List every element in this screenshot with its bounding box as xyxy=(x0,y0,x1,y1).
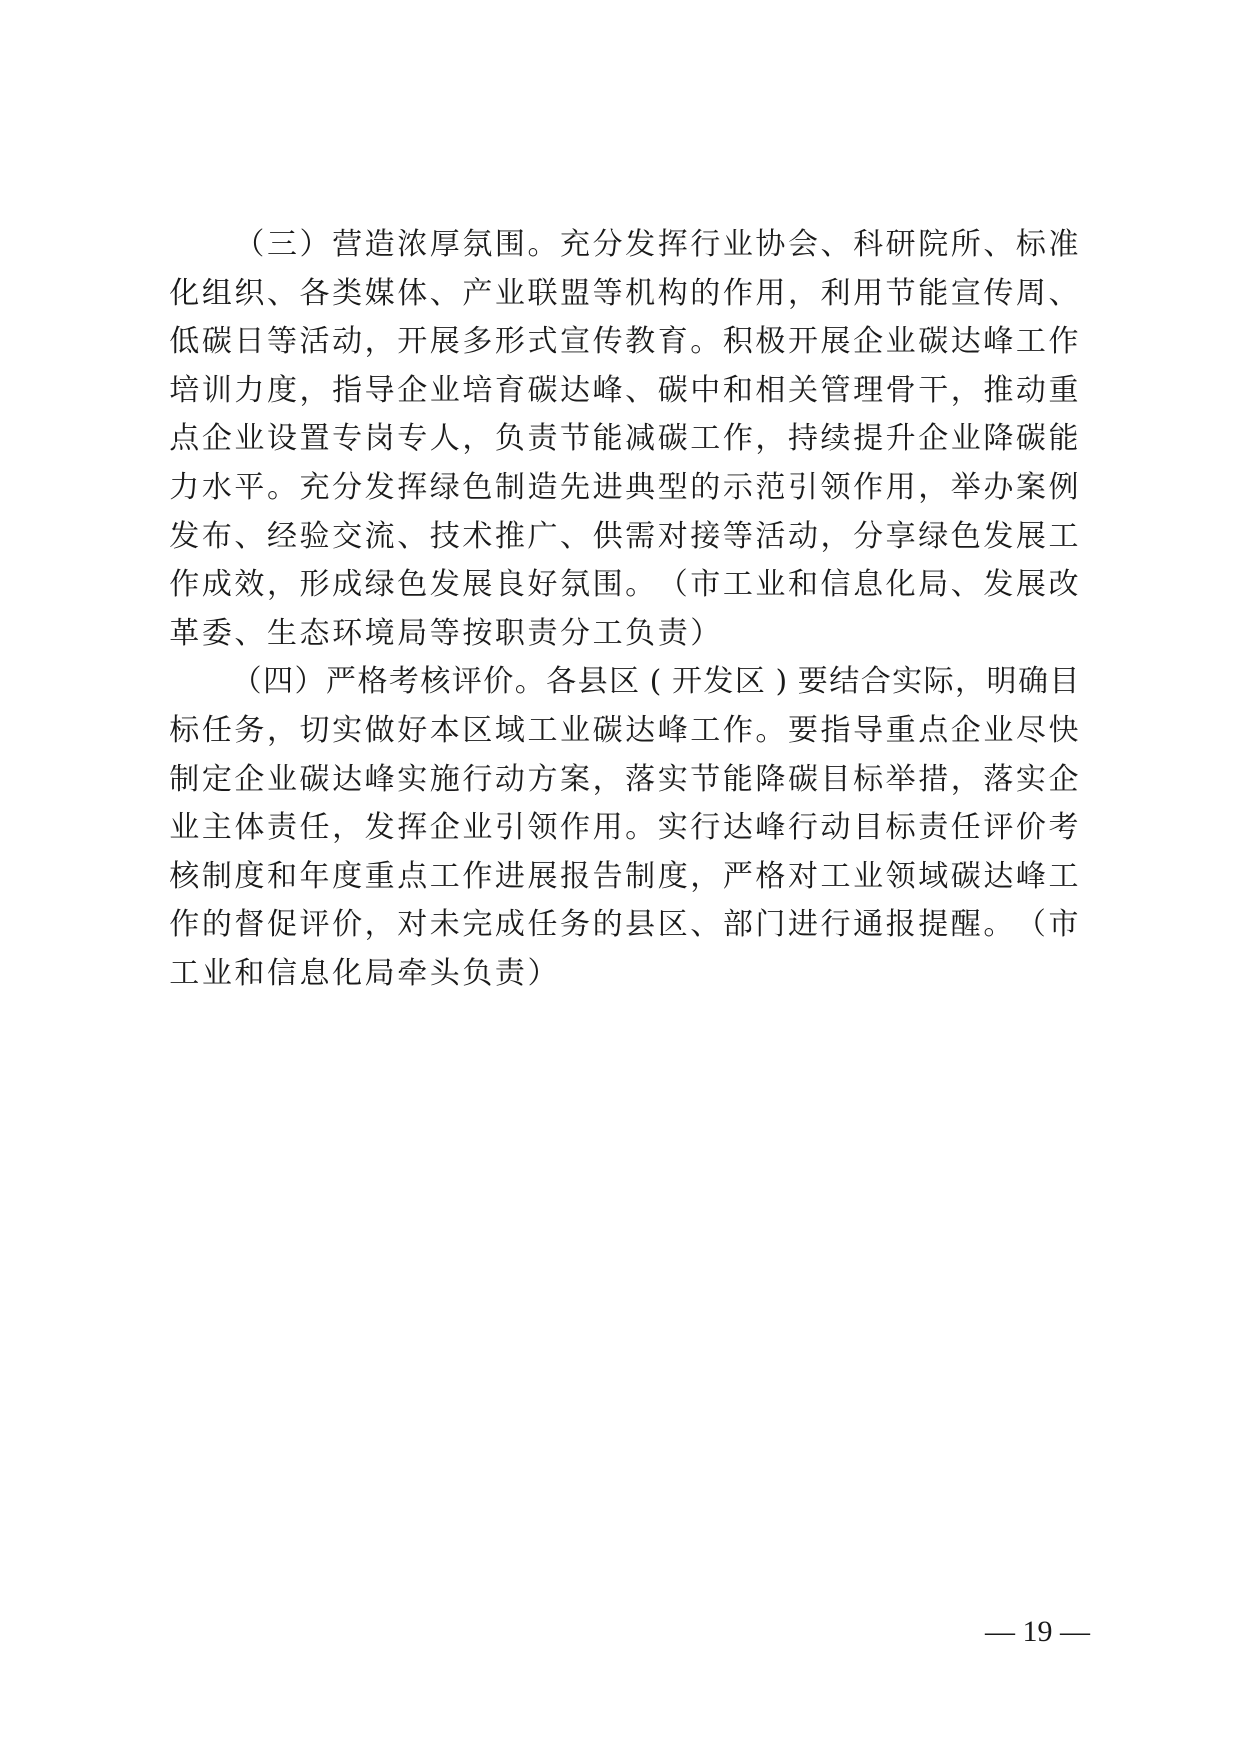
text-char: ， xyxy=(266,707,299,756)
text-char: 目 xyxy=(819,756,852,805)
text-char: 制 xyxy=(494,464,527,513)
text-char: 生 xyxy=(266,610,299,659)
text-char: 围 xyxy=(494,221,527,270)
text-char: 造 xyxy=(363,221,396,270)
text-char: 市 xyxy=(689,561,722,610)
text-char: 导 xyxy=(363,367,396,416)
text-char: 告 xyxy=(591,853,624,902)
text-char: 人 xyxy=(429,415,462,464)
text-char: 四 xyxy=(262,658,293,707)
text-char: 产 xyxy=(461,270,494,319)
text-char: 施 xyxy=(429,756,462,805)
text-char: 组 xyxy=(201,270,234,319)
text-char: 教 xyxy=(624,318,657,367)
text-char: 息 xyxy=(852,561,885,610)
text-char: 绿 xyxy=(363,561,396,610)
text-line: 革委、生态环境局等按职责分工负责） xyxy=(168,610,1080,659)
text-char: 负 xyxy=(461,950,494,999)
text-char: 升 xyxy=(884,415,917,464)
text-char: 。 xyxy=(624,561,657,610)
text-char: 绿 xyxy=(917,513,950,562)
text-char: 业 xyxy=(982,707,1015,756)
text-char: 峰 xyxy=(591,367,624,416)
text-char: 持 xyxy=(787,415,820,464)
text-char: 改 xyxy=(1047,561,1080,610)
text-char: 育 xyxy=(656,318,689,367)
text-char: 训 xyxy=(201,367,234,416)
text-char: 企 xyxy=(950,707,983,756)
text-char: 业 xyxy=(233,415,266,464)
text-char: 工 xyxy=(722,561,755,610)
text-char: 准 xyxy=(1047,221,1080,270)
text-char: 境 xyxy=(363,610,396,659)
text-line: 核制度和年度重点工作进展报告制度，严格对工业领域碳达峰工 xyxy=(168,853,1080,902)
text-char: 严 xyxy=(325,658,356,707)
text-char: 任 xyxy=(298,804,331,853)
text-char: 要 xyxy=(787,707,820,756)
text-char: 造 xyxy=(526,464,559,513)
text-char: 企 xyxy=(917,415,950,464)
text-char: ， xyxy=(917,464,950,513)
text-char: 。 xyxy=(624,804,657,853)
text-char: 区 xyxy=(656,901,689,950)
text-char: 布 xyxy=(201,513,234,562)
text-char: 浓 xyxy=(396,221,429,270)
text-char: 动 xyxy=(787,513,820,562)
text-char: 碳 xyxy=(1015,415,1048,464)
text-char: 行 xyxy=(787,804,820,853)
text-char: 达 xyxy=(331,756,364,805)
text-char: 工 xyxy=(1047,513,1080,562)
text-char: 企 xyxy=(429,804,462,853)
text-char: 快 xyxy=(1047,707,1080,756)
text-char: 和 xyxy=(787,561,820,610)
text-char xyxy=(201,221,234,270)
text-char: 围 xyxy=(591,561,624,610)
text-char: 氛 xyxy=(559,561,592,610)
text-char: 峰 xyxy=(1015,853,1048,902)
text-char: 发 xyxy=(624,221,657,270)
text-char: 、 xyxy=(559,513,592,562)
text-char: 峰 xyxy=(363,756,396,805)
text-char: 领 xyxy=(884,853,917,902)
text-char: ， xyxy=(787,270,820,319)
text-char: 域 xyxy=(917,853,950,902)
text-char: 切 xyxy=(298,707,331,756)
text-char: 技 xyxy=(429,513,462,562)
text-char: 年 xyxy=(298,853,331,902)
text-char: 重 xyxy=(884,707,917,756)
text-char: 工 xyxy=(819,853,852,902)
text-char: 区 xyxy=(461,707,494,756)
text-char: 平 xyxy=(233,464,266,513)
text-char: 体 xyxy=(396,270,429,319)
text-char: 和 xyxy=(722,367,755,416)
text-char: 效 xyxy=(233,561,266,610)
text-char: 会 xyxy=(787,221,820,270)
text-char: 工 xyxy=(168,950,201,999)
text-char: 责 xyxy=(266,804,299,853)
text-char: 主 xyxy=(201,804,234,853)
text-char: 业 xyxy=(494,270,527,319)
text-char: 责 xyxy=(656,610,689,659)
text-char: 作 xyxy=(168,561,201,610)
text-char: 碳 xyxy=(950,853,983,902)
text-char: 关 xyxy=(787,367,820,416)
text-char: 专 xyxy=(396,415,429,464)
text-char: 醒 xyxy=(950,901,983,950)
text-char: 提 xyxy=(852,415,885,464)
text-char: 减 xyxy=(624,415,657,464)
text-char: 际 xyxy=(923,658,954,707)
text-char: 作 xyxy=(1047,318,1080,367)
text-char: 实 xyxy=(656,804,689,853)
text-char: 动 xyxy=(494,756,527,805)
text-char: 交 xyxy=(331,513,364,562)
text-char: 达 xyxy=(559,367,592,416)
text-char: （ xyxy=(231,658,262,707)
text-char: 、 xyxy=(950,561,983,610)
text-char: 用 xyxy=(754,270,787,319)
text-char: 达 xyxy=(722,804,755,853)
text-char: ， xyxy=(954,658,985,707)
text-char: 碳 xyxy=(298,756,331,805)
text-char: 落 xyxy=(982,756,1015,805)
text-char: 评 xyxy=(982,804,1015,853)
text-char: 分 xyxy=(852,513,885,562)
text-char: 部 xyxy=(722,901,755,950)
text-line: 工业和信息化局牵头负责） xyxy=(168,950,1080,999)
text-char: 良 xyxy=(494,561,527,610)
text-char: 碳 xyxy=(917,318,950,367)
text-char: 作 xyxy=(168,901,201,950)
text-line: 化组织、各类媒体、产业联盟等机构的作用，利用节能宣传周、 xyxy=(168,270,1080,319)
text-char: 标 xyxy=(1015,221,1048,270)
text-char: 、 xyxy=(982,221,1015,270)
text-char: 引 xyxy=(787,464,820,513)
text-char: 行 xyxy=(689,221,722,270)
text-char: 业 xyxy=(461,804,494,853)
text-char: 经 xyxy=(266,513,299,562)
text-char: 企 xyxy=(1047,756,1080,805)
text-char: 碳 xyxy=(656,415,689,464)
text-char: ， xyxy=(754,415,787,464)
text-char: 业 xyxy=(429,367,462,416)
text-char: 机 xyxy=(624,270,657,319)
text-char: 制 xyxy=(168,756,201,805)
text-char: 作 xyxy=(722,415,755,464)
text-line: 制定企业碳达峰实施行动方案，落实节能降碳目标举措，落实企 xyxy=(168,756,1080,805)
text-char: 合 xyxy=(860,658,891,707)
text-char: 色 xyxy=(461,464,494,513)
text-char: 工 xyxy=(689,707,722,756)
text-char: 发 xyxy=(363,804,396,853)
text-char: 化 xyxy=(884,561,917,610)
text-char: 实 xyxy=(331,707,364,756)
text-char: 业 xyxy=(559,707,592,756)
text-char: 督 xyxy=(233,901,266,950)
text-char: 价 xyxy=(1015,804,1048,853)
text-char: 分 xyxy=(591,221,624,270)
text-char: 用 xyxy=(884,464,917,513)
text-char: 设 xyxy=(266,415,299,464)
text-char: 开 xyxy=(787,318,820,367)
text-char: 等 xyxy=(266,318,299,367)
text-char: 尽 xyxy=(1015,707,1048,756)
text-char: 严 xyxy=(722,853,755,902)
text-char: 广 xyxy=(526,513,559,562)
text-char: 引 xyxy=(494,804,527,853)
text-char: 结 xyxy=(829,658,860,707)
text-char xyxy=(168,221,201,270)
text-char: 领 xyxy=(526,804,559,853)
text-char: 信 xyxy=(266,950,299,999)
text-char: 续 xyxy=(819,415,852,464)
text-char: 业 xyxy=(884,318,917,367)
text-char: 峰 xyxy=(982,318,1015,367)
text-char: 、 xyxy=(429,270,462,319)
text-line: 业主体责任，发挥企业引领作用。实行达峰行动目标责任评价考 xyxy=(168,804,1080,853)
text-char: 骨 xyxy=(884,367,917,416)
text-char: 和 xyxy=(266,853,299,902)
text-char: 。 xyxy=(514,658,545,707)
text-char: 作 xyxy=(461,853,494,902)
text-char: 门 xyxy=(754,901,787,950)
text-char: 成 xyxy=(201,561,234,610)
text-char: 制 xyxy=(624,853,657,902)
text-char: 展 xyxy=(461,561,494,610)
text-char: 降 xyxy=(754,756,787,805)
text-char: 干 xyxy=(917,367,950,416)
text-char: 能 xyxy=(917,270,950,319)
text-char: 任 xyxy=(950,804,983,853)
text-char: 案 xyxy=(559,756,592,805)
text-char: 度 xyxy=(656,853,689,902)
text-char: 实 xyxy=(1015,756,1048,805)
text-char: 展 xyxy=(819,318,852,367)
text-char: ， xyxy=(363,318,396,367)
page-number: — 19 — xyxy=(985,1616,1085,1648)
text-char: 按 xyxy=(461,610,494,659)
text-char: 典 xyxy=(624,464,657,513)
text-char: 化 xyxy=(168,270,201,319)
text-char: 工 xyxy=(689,415,722,464)
text-char: 型 xyxy=(656,464,689,513)
text-char: 院 xyxy=(917,221,950,270)
text-char: 用 xyxy=(852,270,885,319)
text-char: 评 xyxy=(451,658,482,707)
text-char: 。 xyxy=(982,901,1015,950)
text-char: 对 xyxy=(787,853,820,902)
text-char: 。 xyxy=(754,707,787,756)
text-char: 务 xyxy=(233,707,266,756)
text-char: 作 xyxy=(722,707,755,756)
text-char: 、 xyxy=(266,270,299,319)
text-char: 发 xyxy=(168,513,201,562)
text-char: 先 xyxy=(559,464,592,513)
text-char: 中 xyxy=(689,367,722,416)
text-line: 培训力度，指导企业培育碳达峰、碳中和相关管理骨干，推动重 xyxy=(168,367,1080,416)
text-char: 多 xyxy=(461,318,494,367)
text-char: 用 xyxy=(591,804,624,853)
text-line: 低碳日等活动，开展多形式宣传教育。积极开展企业碳达峰工作 xyxy=(168,318,1080,367)
text-char: 活 xyxy=(754,513,787,562)
text-char: 作 xyxy=(559,804,592,853)
text-char: 动 xyxy=(819,804,852,853)
text-char: 展 xyxy=(429,318,462,367)
text-char: 工 xyxy=(1047,853,1080,902)
text-char: 的 xyxy=(591,901,624,950)
text-char: 三 xyxy=(266,221,299,270)
text-char: 节 xyxy=(689,756,722,805)
text-char: 宣 xyxy=(559,318,592,367)
paragraph-section-4: （四）严格考核评价。各县区(开发区)要结合实际，明确目 标任务，切实做好本区域工… xyxy=(168,658,1080,998)
text-char: 达 xyxy=(624,707,657,756)
text-line: （四）严格考核评价。各县区(开发区)要结合实际，明确目 xyxy=(168,658,1080,707)
text-char: 重 xyxy=(363,853,396,902)
text-char: 绿 xyxy=(429,464,462,513)
text-char: 节 xyxy=(559,415,592,464)
text-line: 点企业设置专岗专人，负责节能减碳工作，持续提升企业降碳能 xyxy=(168,415,1080,464)
text-char: 对 xyxy=(656,513,689,562)
text-char: 享 xyxy=(884,513,917,562)
text-char: 进 xyxy=(494,853,527,902)
text-char: 水 xyxy=(201,464,234,513)
text-char: 县 xyxy=(624,901,657,950)
text-char: 标 xyxy=(852,756,885,805)
text-char: 例 xyxy=(1047,464,1080,513)
text-char: 职 xyxy=(494,610,527,659)
text-char: 动 xyxy=(1015,367,1048,416)
text-char: 展 xyxy=(1015,513,1048,562)
text-char: 宣 xyxy=(950,270,983,319)
text-char: 价 xyxy=(483,658,514,707)
text-char: ） xyxy=(526,950,559,999)
text-char: 工 xyxy=(591,610,624,659)
text-char: 流 xyxy=(363,513,396,562)
text-char: 形 xyxy=(494,318,527,367)
text-char: 作 xyxy=(722,270,755,319)
text-char: 碳 xyxy=(591,707,624,756)
text-char: 形 xyxy=(298,561,331,610)
text-char: 责 xyxy=(917,804,950,853)
text-char: 、 xyxy=(233,610,266,659)
text-char: 局 xyxy=(917,561,950,610)
text-char: 织 xyxy=(233,270,266,319)
text-char: ） xyxy=(689,610,722,659)
text-char: 态 xyxy=(298,610,331,659)
text-char: 责 xyxy=(526,610,559,659)
text-char: 等 xyxy=(591,270,624,319)
text-char: 举 xyxy=(950,464,983,513)
text-char: 、 xyxy=(1047,270,1080,319)
text-char: 传 xyxy=(591,318,624,367)
text-char: 达 xyxy=(950,318,983,367)
text-char: 达 xyxy=(982,853,1015,902)
text-char: 点 xyxy=(396,853,429,902)
text-char: 利 xyxy=(819,270,852,319)
text-char: 指 xyxy=(819,707,852,756)
text-char: 业 xyxy=(754,561,787,610)
text-char: 域 xyxy=(494,707,527,756)
text-char: 度 xyxy=(233,853,266,902)
text-char: 负 xyxy=(494,415,527,464)
text-char: 促 xyxy=(266,901,299,950)
text-char: 式 xyxy=(526,318,559,367)
text-char: ） xyxy=(294,658,325,707)
text-char: 环 xyxy=(331,610,364,659)
text-char: 、 xyxy=(396,513,429,562)
text-char: 实 xyxy=(396,756,429,805)
text-char: 力 xyxy=(233,367,266,416)
text-char: 完 xyxy=(461,901,494,950)
text-char: 工 xyxy=(526,707,559,756)
text-char: 。 xyxy=(526,221,559,270)
text-char: 成 xyxy=(331,561,364,610)
text-char: 动 xyxy=(331,318,364,367)
text-char: 充 xyxy=(298,464,331,513)
text-char: 类 xyxy=(331,270,364,319)
text-char: 培 xyxy=(168,367,201,416)
text-char: 理 xyxy=(852,367,885,416)
text-line: （三）营造浓厚氛围。充分发挥行业协会、科研院所、标准 xyxy=(168,221,1080,270)
text-char: 分 xyxy=(331,464,364,513)
text-char: 岗 xyxy=(363,415,396,464)
text-char: 市 xyxy=(1047,901,1080,950)
text-char: 责 xyxy=(494,950,527,999)
text-char: 。 xyxy=(689,318,722,367)
text-char: 、 xyxy=(689,901,722,950)
text-char: 举 xyxy=(884,756,917,805)
text-char: 术 xyxy=(461,513,494,562)
text-char: 专 xyxy=(331,415,364,464)
text-char: ， xyxy=(266,561,299,610)
text-char: 确 xyxy=(1017,658,1048,707)
text-char: 牵 xyxy=(396,950,429,999)
text-char: 的 xyxy=(689,464,722,513)
document-body: （三）营造浓厚氛围。充分发挥行业协会、科研院所、标准 化组织、各类媒体、产业联盟… xyxy=(168,221,1080,999)
text-char: 县 xyxy=(577,658,608,707)
text-char: 区 xyxy=(608,658,639,707)
text-char: 能 xyxy=(722,756,755,805)
text-char: 体 xyxy=(233,804,266,853)
text-char: 科 xyxy=(852,221,885,270)
text-char: 作 xyxy=(852,464,885,513)
text-char: 价 xyxy=(331,901,364,950)
text-char: 协 xyxy=(754,221,787,270)
text-char: （ xyxy=(1015,901,1048,950)
text-char: 点 xyxy=(168,415,201,464)
text-char: 传 xyxy=(982,270,1015,319)
text-char: 碳 xyxy=(201,318,234,367)
text-char: 示 xyxy=(722,464,755,513)
text-char: 方 xyxy=(526,756,559,805)
text-char: 制 xyxy=(201,853,234,902)
text-char: 落 xyxy=(624,756,657,805)
text-char: 实 xyxy=(891,658,922,707)
text-line: 发布、经验交流、技术推广、供需对接等活动，分享绿色发展工 xyxy=(168,513,1080,562)
text-char: 周 xyxy=(1015,270,1048,319)
text-char: 目 xyxy=(852,804,885,853)
text-char: 挥 xyxy=(396,464,429,513)
text-char: 日 xyxy=(233,318,266,367)
text-char: 负 xyxy=(624,610,657,659)
text-char: 降 xyxy=(982,415,1015,464)
text-char: 工 xyxy=(429,853,462,902)
text-char: 案 xyxy=(1015,464,1048,513)
text-char: 发 xyxy=(363,464,396,513)
text-char: 联 xyxy=(526,270,559,319)
